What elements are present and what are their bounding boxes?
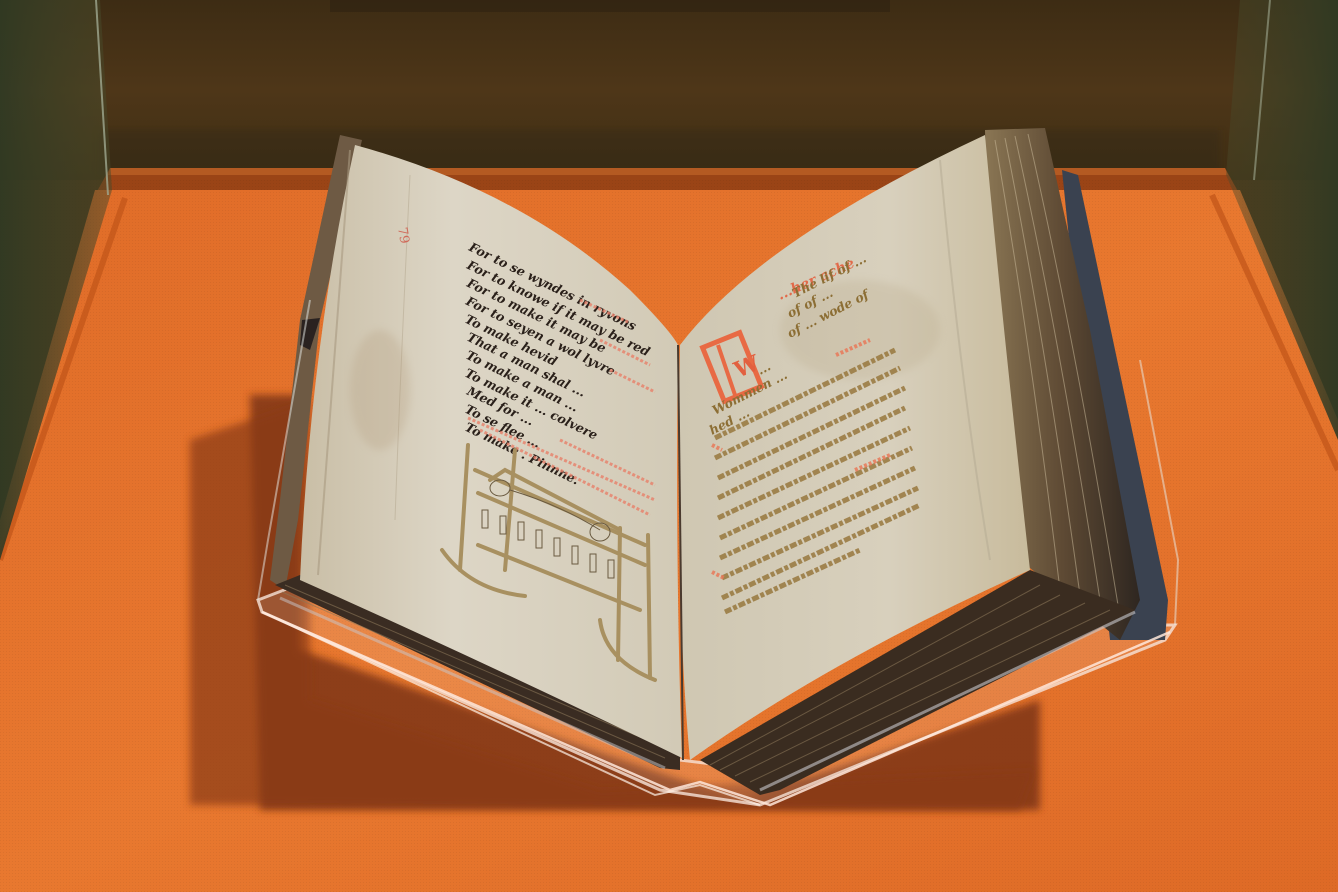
folio-number: 79 <box>394 226 412 245</box>
photo-canvas: 79 For to se wyndes in ryvons For to kno… <box>0 0 1338 892</box>
museum-display-photo: 79 For to se wyndes in ryvons For to kno… <box>0 0 1338 892</box>
